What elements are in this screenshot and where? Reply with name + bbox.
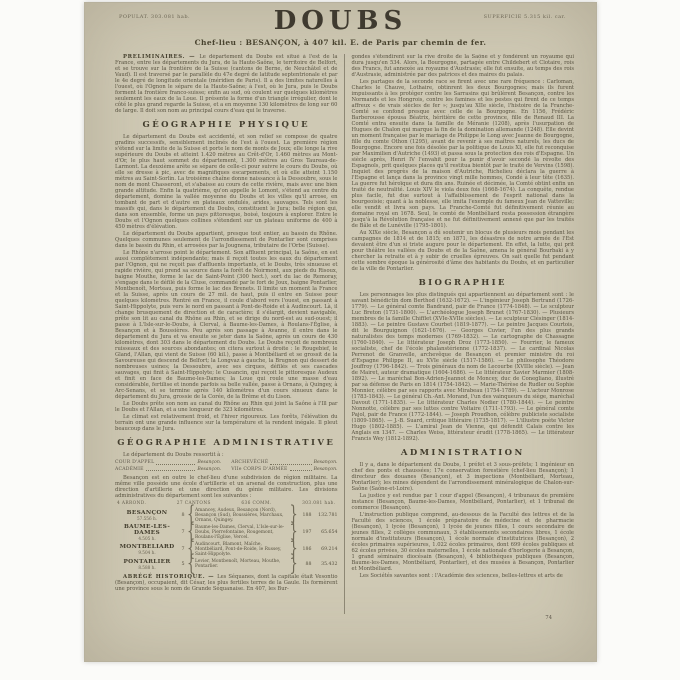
body-paragraph: Le département du Doubs ressortit à : bbox=[115, 452, 338, 458]
text-columns: PRÉLIMINAIRES. — Le département du Doubs… bbox=[115, 54, 574, 614]
habitants-count: 132.781 bbox=[312, 513, 338, 518]
jurisdiction-value: Besançon. bbox=[314, 460, 338, 466]
table-row: MONTBELIARD9.504 h.7{Audincourt, Blamont… bbox=[115, 542, 338, 557]
section-heading: ADMINISTRATION bbox=[352, 448, 575, 458]
jurisdiction-value: Besançon. bbox=[197, 460, 221, 466]
brace-left: { bbox=[187, 553, 193, 575]
document-page: POPULAT. 303.081 hab. DOUBS SUPERFICIE 5… bbox=[84, 2, 597, 662]
body-paragraph: Le climat est relativement froid, et l'h… bbox=[115, 414, 338, 432]
brace-right: } bbox=[290, 553, 296, 575]
table-header: 4 ARROND.27 CANTONS636 COMM.303.081 hab. bbox=[115, 501, 338, 506]
habitants-count: 35.432 bbox=[312, 562, 338, 567]
dotted-leader bbox=[270, 464, 311, 465]
body-paragraph: Il y a, dans le département du Doubs, 1 … bbox=[352, 462, 575, 492]
jurisdiction-item: COUR D'APPELBesançon. bbox=[115, 460, 221, 466]
arrondissement-cell: PONTARLIER8.588 h. bbox=[115, 559, 179, 570]
page-title: DOUBS bbox=[85, 6, 596, 36]
jurisdiction-value: Besançon. bbox=[197, 467, 221, 473]
body-paragraph: L'instruction publique comprend, au-dess… bbox=[352, 512, 575, 572]
communes-count: 197 bbox=[296, 530, 312, 535]
section-heading: GÉOGRAPHIE PHYSIQUE bbox=[115, 120, 338, 130]
paragraph-lead: ABRÉGÉ HISTORIQUE. — bbox=[123, 574, 217, 580]
table-row: BAUME-LES-DAMES4.505 h.7{Baume-les-Dames… bbox=[115, 524, 338, 541]
habitants-count: 69.214 bbox=[312, 547, 338, 552]
header-communes: 636 COMM. bbox=[241, 501, 271, 506]
jurisdiction-item: ARCHEVÊCHÉBesançon. bbox=[231, 460, 337, 466]
body-paragraph: Les partages de la seconde race se firen… bbox=[352, 79, 575, 229]
jurisdiction-label: VIIe CORPS D'ARMÉE bbox=[231, 467, 287, 473]
habitants-count: 65.654 bbox=[312, 530, 338, 535]
canton-count: 7 bbox=[179, 530, 187, 535]
jurisdiction-item: VIIe CORPS D'ARMÉEBesançon. bbox=[231, 467, 337, 473]
communes-count: 186 bbox=[296, 547, 312, 552]
dotted-leader bbox=[290, 470, 312, 471]
jurisdiction-label: ARCHEVÊCHÉ bbox=[231, 460, 268, 466]
arrondissement-name: PONTARLIER bbox=[115, 559, 179, 565]
right-column: gondes s'étendirent sur la rive droite d… bbox=[344, 54, 575, 614]
canton-list: Amancey, Audeux, Besançon (Nord), Besanç… bbox=[193, 508, 290, 523]
body-paragraph: Le département du Doubs appartient, pres… bbox=[115, 231, 338, 249]
communes-count: 88 bbox=[296, 562, 312, 567]
arrondissement-cell: MONTBELIARD9.504 h. bbox=[115, 544, 179, 555]
chef-lieu-line: Chef-lieu : BESANÇON, à 407 kil. E. de P… bbox=[85, 38, 596, 47]
body-paragraph: Les personnages les plus distingués qui … bbox=[352, 292, 575, 442]
jurisdiction-label: COUR D'APPEL bbox=[115, 460, 154, 466]
left-column: PRÉLIMINAIRES. — Le département du Doubs… bbox=[115, 54, 344, 614]
arrondissement-population: 57.556 h. bbox=[115, 516, 179, 521]
section-heading: GÉOGRAPHIE ADMINISTRATIVE bbox=[115, 438, 338, 448]
paragraph-lead: PRÉLIMINAIRES. — bbox=[123, 54, 199, 60]
arrondissement-population: 4.505 h. bbox=[115, 536, 179, 541]
arrondissement-population: 9.504 h. bbox=[115, 550, 179, 555]
page-number: 74 bbox=[545, 615, 552, 621]
body-paragraph: Le département du Doubs est accidenté, e… bbox=[115, 134, 338, 230]
arrondissement-population: 8.588 h. bbox=[115, 565, 179, 570]
jurisdiction-value: Besançon. bbox=[314, 467, 338, 473]
body-paragraph: La justice y est rendue par 1 cour d'app… bbox=[352, 493, 575, 511]
body-paragraph: ABRÉGÉ HISTORIQUE. — Les Séquanes, dont … bbox=[115, 574, 338, 592]
canton-count: 7 bbox=[179, 547, 187, 552]
arrondissement-name: BAUME-LES-DAMES bbox=[115, 524, 179, 536]
arrondissement-cell: BESANÇON57.556 h. bbox=[115, 510, 179, 521]
body-paragraph: Le Rhône n'arrose point le département. … bbox=[115, 250, 338, 400]
jurisdiction-list: COUR D'APPELBesançon.ARCHEVÊCHÉBesançon.… bbox=[115, 460, 338, 472]
canton-count: 8 bbox=[179, 513, 187, 518]
section-heading: BIOGRAPHIE bbox=[352, 278, 575, 288]
table-row: BESANÇON57.556 h.8{Amancey, Audeux, Besa… bbox=[115, 508, 338, 523]
canton-list: Baume-les-Dames, Clerval, L'Isle-sur-le-… bbox=[193, 525, 290, 540]
body-paragraph: Le Doubs prête son nom au canal du Rhône… bbox=[115, 401, 338, 413]
jurisdiction-label: ACADÉMIE bbox=[115, 467, 144, 473]
canton-list: Audincourt, Blamont, Maîche, Montbéliard… bbox=[193, 542, 290, 557]
scan-background: POPULAT. 303.081 hab. DOUBS SUPERFICIE 5… bbox=[0, 0, 680, 680]
superficie-stat: SUPERFICIE 5.315 kil. car. bbox=[484, 14, 566, 20]
dotted-leader bbox=[156, 464, 195, 465]
dotted-leader bbox=[146, 470, 196, 471]
body-paragraph: Les Sociétés savantes sont : l'Académie … bbox=[352, 573, 575, 579]
header-arrondissements: 4 ARROND. bbox=[117, 501, 146, 506]
arrondissement-name: MONTBELIARD bbox=[115, 544, 179, 550]
canton-list: Levier, Montbenoît, Morteau, Mouthe, Pon… bbox=[193, 559, 290, 569]
body-paragraph: Au XIXe siècle, Besançon a dû soutenir u… bbox=[352, 230, 575, 272]
body-paragraph: PRÉLIMINAIRES. — Le département du Doubs… bbox=[115, 54, 338, 114]
canton-count: 5 bbox=[179, 562, 187, 567]
arrondissements-table: 4 ARROND.27 CANTONS636 COMM.303.081 hab.… bbox=[115, 501, 338, 571]
header-habitants: 303.081 hab. bbox=[302, 501, 335, 506]
body-paragraph: gondes s'étendirent sur la rive droite d… bbox=[352, 54, 575, 78]
jurisdiction-item: ACADÉMIEBesançon. bbox=[115, 467, 221, 473]
arrondissement-cell: BAUME-LES-DAMES4.505 h. bbox=[115, 524, 179, 541]
communes-count: 188 bbox=[296, 513, 312, 518]
table-row: PONTARLIER8.588 h.5{Levier, Montbenoît, … bbox=[115, 558, 338, 571]
body-paragraph: Besançon est en outre le chef-lieu d'une… bbox=[115, 475, 338, 499]
